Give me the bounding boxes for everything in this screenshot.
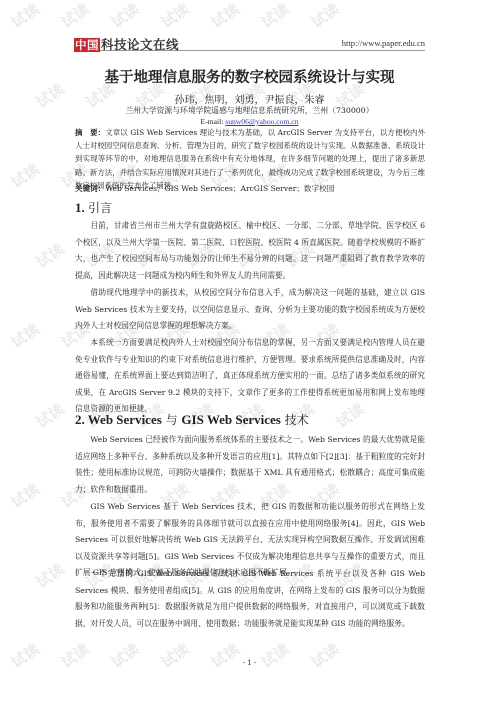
watermark-text: 试读 (307, 638, 344, 672)
paragraph: 本系统一方面要满足校内外人士对校园空间分布信息的掌握，另一方面又要满足校内管理人… (75, 335, 425, 418)
watermark-text: 试读 (32, 238, 69, 272)
section-1-heading: 1. 引言 (75, 199, 112, 216)
paper-email-line: E-mail: sunw06@yahoo.com.cn (0, 117, 499, 126)
journal-header: 中国科技论文在线 http://www.paper.edu.cn (74, 35, 425, 51)
keywords-text: Web Services；GIS Web Services；ArcGIS Ser… (105, 184, 334, 193)
watermark-text: 试读 (32, 398, 69, 432)
section-title-part: 与 (162, 413, 182, 427)
section-title-part: GIS Web Services (181, 412, 280, 427)
section-number: 1. (75, 200, 85, 215)
abstract-text: 文章以 GIS Web Services 理论与技术为基础，以 ArcGIS S… (75, 128, 425, 190)
watermark-text: 试读 (7, 638, 44, 672)
paper-title: 基于地理信息服务的数字校园系统设计与实现 (0, 66, 499, 87)
watermark-text: 试读 (7, 0, 44, 33)
page-number: - 1 - (0, 659, 499, 667)
watermark-text: 试读 (7, 318, 44, 352)
section-title-part: 技术 (281, 413, 309, 427)
paragraph: 借助现代地理学中的新技术，从校园空间分布信息入手，成为解决这一问题的基础，建立以… (75, 285, 425, 335)
email-label: E-mail: (201, 117, 226, 126)
section-number: 2. (75, 412, 85, 427)
watermark-text: 试读 (157, 0, 194, 33)
section-title-part: Web Services (88, 412, 162, 427)
journal-url[interactable]: http://www.paper.edu.cn (342, 38, 425, 48)
watermark-text: 试读 (7, 478, 44, 512)
watermark-text: 试读 (107, 638, 144, 672)
email-link[interactable]: sunw06@yahoo.com.cn (225, 117, 298, 126)
watermark-text: 试读 (257, 0, 294, 33)
watermark-text: 试读 (7, 158, 44, 192)
abstract-label: 摘 要： (75, 128, 105, 137)
paper-affiliation: 兰州大学资源与环境学院遥感与地理信息系统研究所，兰州（730000） (0, 105, 499, 116)
watermark-text: 试读 (32, 558, 69, 592)
watermark-text: 试读 (157, 638, 194, 672)
watermark-text: 试读 (257, 638, 294, 672)
watermark-text: 试读 (207, 638, 244, 672)
watermark-text: 试读 (207, 0, 244, 33)
paragraph: 一个完整的 GIS Web Services 系统由 GIS Web Servi… (75, 566, 425, 632)
logo-red-part: 中国 (74, 38, 100, 52)
paper-authors: 孙玮，焦明，刘勇，尹振良，朱睿 (0, 91, 499, 106)
section-title: 引言 (88, 201, 112, 215)
paragraph: Web Services 已经被作为面向服务系统体系的主要技术之一。Web Se… (75, 432, 425, 498)
paragraph: 目前，甘肃省兰州市兰州大学有盘旋路校区、榆中校区、一分部、二分部、草地学院、医学… (75, 218, 425, 284)
watermark-text: 试读 (57, 0, 94, 33)
watermark-text: 试读 (107, 0, 144, 33)
journal-logo: 中国科技论文在线 (74, 35, 179, 53)
section-2-heading: 2. Web Services 与 GIS Web Services 技术 (75, 411, 309, 428)
keywords: 关键词：Web Services；GIS Web Services；ArcGIS… (75, 183, 425, 194)
logo-dark-part: 科技论文在线 (101, 37, 179, 52)
keywords-label: 关键词： (75, 184, 105, 193)
watermark-text: 试读 (57, 638, 94, 672)
watermark-text: 试读 (307, 0, 344, 33)
